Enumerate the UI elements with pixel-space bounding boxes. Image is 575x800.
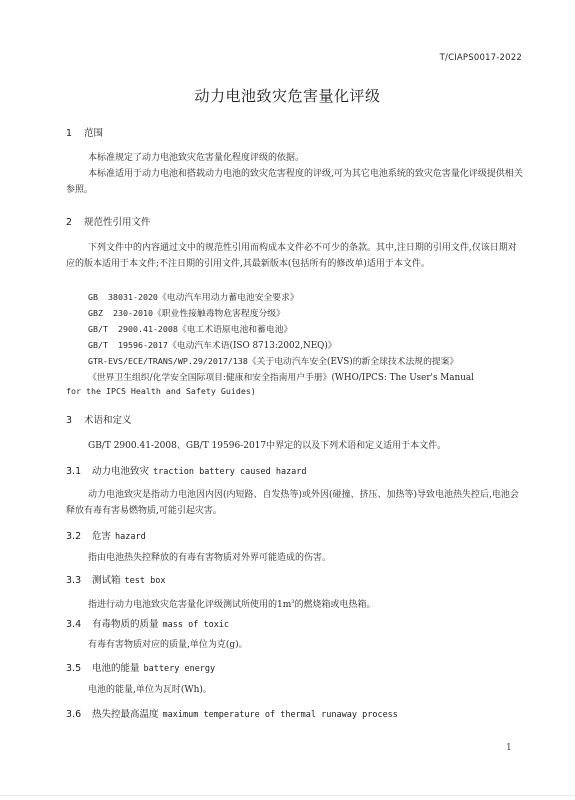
reference-item: 《世界卫生组织/化学安全国际项目:健康和安全指南用户手册》(WHO/IPCS: … xyxy=(88,370,474,383)
section-title: 规范性引用文件 xyxy=(84,217,151,228)
term-heading: 3.3测试箱test box xyxy=(66,572,165,586)
section-title: 术语和定义 xyxy=(84,415,132,426)
section-title: 范围 xyxy=(84,128,103,139)
terms-intro: GB/T 2900.41-2008、GB/T 19596-2017中界定的以及下… xyxy=(88,438,446,454)
section-1-heading: 1范围 xyxy=(66,125,103,139)
term-heading: 3.1动力电池致灾traction battery caused hazard xyxy=(66,463,307,477)
reference-item: GTR-EVS/ECE/TRANS/WP.29/2017/138《关于电动汽车安… xyxy=(88,354,458,367)
normative-references-intro: 下列文件中的内容通过文中的规范性引用而构成本文件必不可少的条款。其中,注日期的引… xyxy=(66,240,524,272)
section-number: 1 xyxy=(66,128,84,139)
term-heading: 3.2危害hazard xyxy=(66,528,146,542)
reference-item-continuation: for the IPCS Health and Safety Guides) xyxy=(66,386,256,396)
section-3-heading: 3术语和定义 xyxy=(66,412,132,426)
term-definition: 有毒有害物质对应的质量,单位为克(g)。 xyxy=(88,637,248,653)
section-number: 2 xyxy=(66,217,84,228)
reference-item: GB/T 2900.41-2008《电工术语原电池和蓄电池》 xyxy=(88,322,292,335)
section-2-heading: 2规范性引用文件 xyxy=(66,214,151,228)
scope-paragraph-2: 本标准适用于动力电池和搭载动力电池的致灾危害程度的评级,可为其它电池系统的致灾危… xyxy=(66,166,524,198)
scope-paragraph-1: 本标准规定了动力电池致灾危害量化程度评级的依据。 xyxy=(66,150,524,166)
section-number: 3 xyxy=(66,415,84,426)
term-heading: 3.5电池的能量battery energy xyxy=(66,660,215,674)
page-edge-divider xyxy=(0,795,575,796)
term-heading: 3.4有毒物质的质量mass of toxic xyxy=(66,616,229,630)
document-number: T/CIAPS0017-2022 xyxy=(440,53,522,63)
term-heading: 3.6热失控最高温度maximum temperature of thermal… xyxy=(66,706,398,720)
document-title: 动力电池致灾危害量化评级 xyxy=(0,85,575,106)
reference-item: GB/T 19596-2017《电动汽车术语(ISO 8713:2002,NEQ… xyxy=(88,338,337,351)
reference-item: GB 38031-2020《电动汽车用动力蓄电池安全要求》 xyxy=(88,290,299,303)
term-definition: 指由电池热失控释放的有毒有害物质对外界可能造成的伤害。 xyxy=(88,550,331,566)
term-definition: 动力电池致灾是指动力电池因内因(内短路、自发热等)或外因(碰撞、挤压、加热等)导… xyxy=(66,487,524,519)
reference-item: GBZ 230-2010《职业性接触毒物危害程度分级》 xyxy=(88,306,285,319)
term-definition: 电池的能量,单位为瓦时(Wh)。 xyxy=(88,682,212,698)
term-definition: 指进行动力电池致灾危害量化评级测试所使用的1m3的燃烧箱或电热箱。 xyxy=(88,594,375,613)
page-number: 1 xyxy=(506,743,512,753)
